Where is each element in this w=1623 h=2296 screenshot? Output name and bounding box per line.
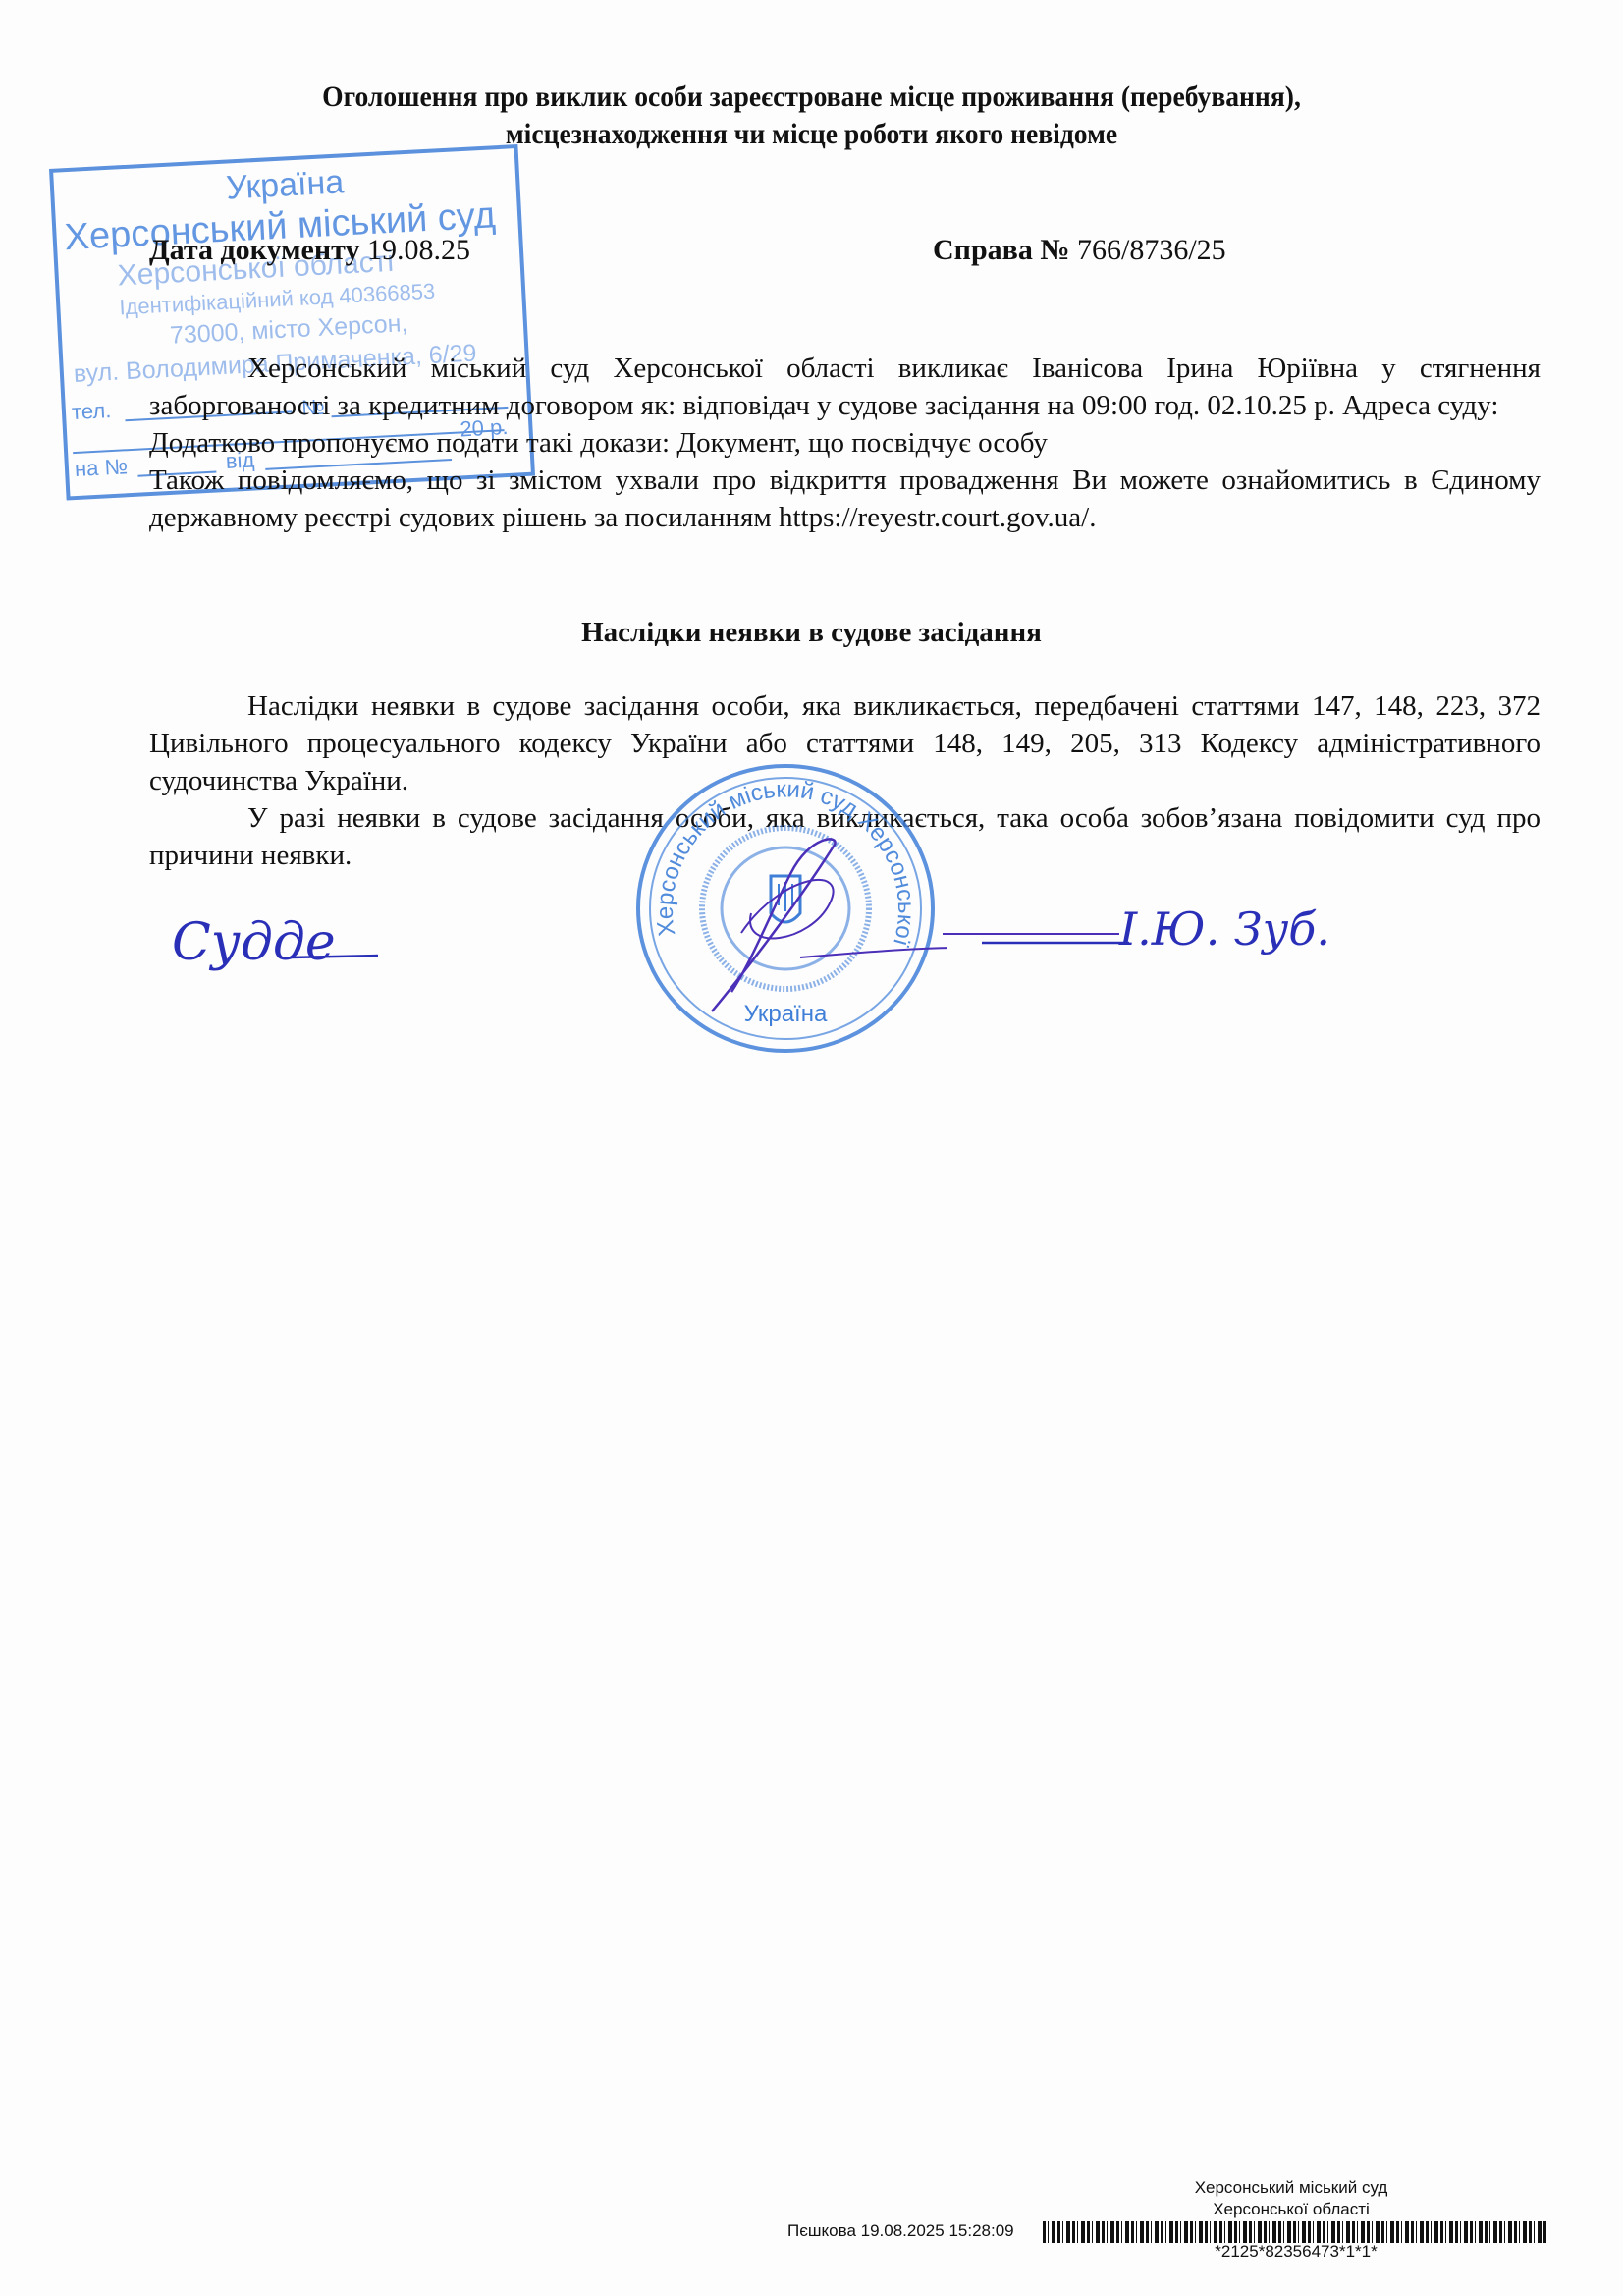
judge-name-text: І.Ю. Зуб. — [1118, 902, 1330, 956]
summons-paragraph: Херсонський міський суд Херсонської обла… — [149, 350, 1541, 424]
barcode-icon — [1043, 2221, 1548, 2243]
seal-outer-text: Херсонський міський суд Херсонської обла… — [623, 756, 919, 950]
summons-block: Херсонський міський суд Херсонської обла… — [149, 350, 1541, 536]
date-value: 19.08.25 — [367, 234, 470, 266]
footer-clerk-timestamp: Пєшкова 19.08.2025 15:28:09 — [787, 2221, 1014, 2241]
case-number: Справа № 766/8736/25 — [933, 234, 1226, 267]
stamp-na-no: на № — [74, 454, 128, 482]
case-value: 766/8736/25 — [1077, 234, 1226, 266]
footer-court-name: Херсонський міський суд — [1154, 2178, 1429, 2198]
registry-paragraph: Також повідомляємо, що зі змістом ухвали… — [149, 462, 1541, 536]
section-heading: Наслідки неявки в судове засідання — [0, 617, 1623, 649]
footer-court-region: Херсонської області — [1154, 2200, 1429, 2219]
svg-text:Херсонський міський суд Херсон: Херсонський міський суд Херсонської обла… — [623, 756, 919, 950]
stamp-tel: тел. — [71, 398, 112, 425]
title-line-1: Оголошення про виклик особи зареєстрован… — [65, 79, 1558, 116]
document-date: Дата документу 19.08.25 — [149, 234, 470, 267]
judge-label-signature-icon: Судде — [172, 899, 388, 997]
judge-signature-icon: І.Ю. Зуб. — [982, 884, 1434, 972]
court-seal-icon: Херсонський міський суд Херсонської обла… — [623, 756, 947, 1061]
date-label: Дата документу — [149, 234, 359, 266]
seal-bottom-text: Україна — [744, 1001, 828, 1027]
title-line-2: місцезнаходження чи місце роботи якого н… — [65, 116, 1558, 153]
barcode-number: *2125*82356473*1*1* — [1139, 2242, 1453, 2262]
evidence-paragraph: Додатково пропонуємо подати такі докази:… — [149, 424, 1541, 462]
document-title: Оголошення про виклик особи зареєстрован… — [65, 79, 1558, 153]
judge-label-text: Судде — [172, 913, 336, 972]
case-label: Справа № — [933, 234, 1069, 266]
